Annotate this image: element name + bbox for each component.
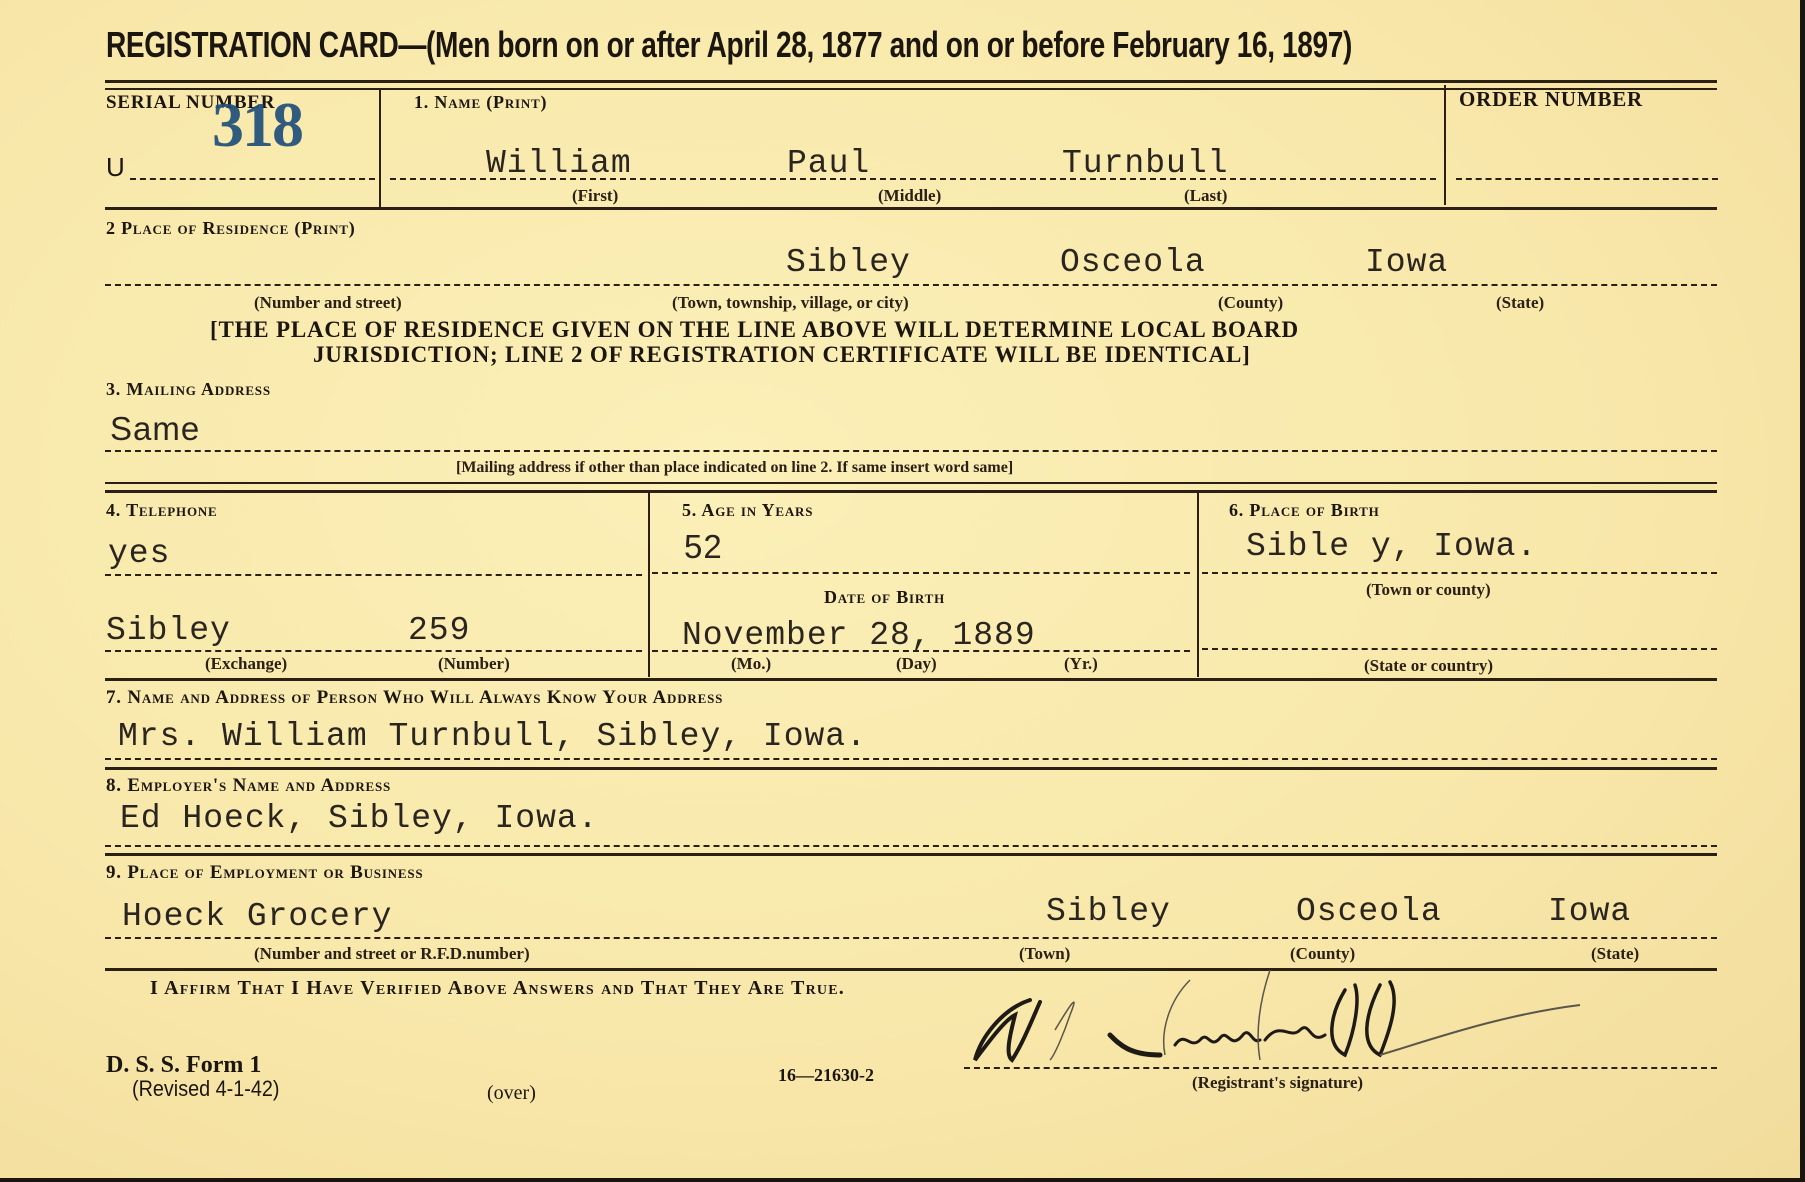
jurisdiction-notice-line1: [THE PLACE OF RESIDENCE GIVEN ON THE LIN… (210, 318, 1299, 342)
signature-icon[interactable] (960, 960, 1680, 1070)
age-field-line (652, 572, 1190, 574)
divider (379, 90, 381, 210)
divider (105, 490, 1717, 493)
residence-state-caption: (State) (1496, 293, 1544, 313)
date-of-birth-label: Date of Birth (824, 587, 945, 608)
form-revision: (Revised 4-1-42) (132, 1076, 279, 1102)
divider (1444, 85, 1446, 205)
mailing-address-value[interactable]: Same (110, 410, 200, 448)
serial-number-stamp: 318 (212, 88, 302, 162)
name-last-value[interactable]: Turnbull (1062, 145, 1228, 182)
divider (105, 207, 1717, 210)
employment-label: 9. Place of Employment or Business (106, 862, 423, 884)
telephone-field-line (105, 574, 642, 576)
telephone-value[interactable]: yes (108, 535, 170, 572)
serial-number-field[interactable] (130, 178, 375, 180)
telephone-label: 4. Telephone (106, 500, 218, 521)
residence-town-value[interactable]: Sibley (786, 244, 911, 281)
employment-town-value[interactable]: Sibley (1046, 893, 1171, 930)
order-number-label: ORDER NUMBER (1459, 87, 1643, 112)
order-number-field[interactable] (1456, 178, 1718, 180)
dob-day-caption: (Day) (896, 654, 937, 674)
signature-caption: (Registrant's signature) (1192, 1073, 1363, 1093)
telephone-number-value[interactable]: 259 (408, 612, 470, 649)
employment-field-line (105, 937, 1717, 939)
employment-county-value[interactable]: Osceola (1296, 893, 1442, 930)
dob-month-caption: (Mo.) (731, 654, 771, 674)
residence-state-value[interactable]: Iowa (1365, 244, 1448, 281)
residence-street-caption: (Number and street) (254, 293, 402, 313)
name-middle-caption: (Middle) (878, 186, 941, 206)
contact-person-value[interactable]: Mrs. William Turnbull, Sibley, Iowa. (118, 718, 867, 755)
dob-year-caption: (Yr.) (1064, 654, 1098, 674)
age-label: 5. Age in Years (682, 500, 813, 521)
affirmation-text: I Affirm That I Have Verified Above Answ… (150, 977, 845, 1000)
telephone-exchange-value[interactable]: Sibley (106, 612, 231, 649)
registration-card: REGISTRATION CARD—(Men born on or after … (0, 0, 1800, 1178)
residence-county-value[interactable]: Osceola (1060, 244, 1206, 281)
telephone-exchange-field-line (105, 650, 642, 652)
signature-field-line (964, 1067, 1717, 1069)
birthplace-town-caption: (Town or county) (1366, 580, 1491, 600)
divider (1197, 492, 1199, 677)
birthplace-town-value[interactable]: Sible y, Iowa. (1246, 528, 1537, 565)
serial-prefix: U (106, 152, 125, 183)
print-code: 16—21630-2 (778, 1065, 874, 1086)
date-of-birth-value[interactable]: November 28, 1889 (682, 617, 1036, 654)
birthplace-state-caption: (State or country) (1364, 656, 1493, 676)
name-last-caption: (Last) (1184, 186, 1227, 206)
date-of-birth-field-line (652, 650, 1190, 652)
residence-county-caption: (County) (1218, 293, 1283, 313)
contact-person-label: 7. Name and Address of Person Who Will A… (106, 687, 723, 709)
employment-state-value[interactable]: Iowa (1548, 893, 1631, 930)
birthplace-state-field-line[interactable] (1202, 648, 1717, 650)
name-first-caption: (First) (572, 186, 618, 206)
telephone-number-caption: (Number) (438, 654, 510, 674)
contact-person-field-line (105, 758, 1717, 760)
age-value[interactable]: 52 (684, 528, 723, 566)
card-title: REGISTRATION CARD—(Men born on or after … (106, 24, 1352, 66)
mailing-address-field-line (105, 450, 1717, 452)
name-field-line (390, 178, 1436, 180)
employer-label: 8. Employer's Name and Address (106, 775, 391, 797)
employer-value[interactable]: Ed Hoeck, Sibley, Iowa. (120, 800, 598, 837)
mailing-address-caption: [Mailing address if other than place ind… (456, 459, 1013, 477)
residence-label: 2 Place of Residence (Print) (106, 218, 356, 239)
divider (105, 853, 1717, 856)
residence-town-caption: (Town, township, village, or city) (672, 293, 909, 313)
employer-field-line (105, 845, 1717, 847)
name-label: 1. Name (Print) (414, 92, 547, 113)
mailing-address-label: 3. Mailing Address (106, 379, 271, 400)
divider (648, 492, 650, 677)
divider (105, 482, 1717, 484)
over-indicator: (over) (487, 1082, 536, 1105)
name-first-value[interactable]: William (486, 145, 632, 182)
telephone-exchange-caption: (Exchange) (205, 654, 287, 674)
name-middle-value[interactable]: Paul (787, 145, 870, 182)
form-number: D. S. S. Form 1 (106, 1052, 261, 1079)
divider (105, 678, 1717, 681)
birthplace-town-field-line (1202, 572, 1717, 574)
jurisdiction-notice-line2: JURISDICTION; LINE 2 OF REGISTRATION CER… (313, 343, 1251, 367)
birthplace-label: 6. Place of Birth (1229, 500, 1380, 521)
divider (105, 80, 1717, 83)
employment-street-caption: (Number and street or R.F.D.number) (254, 944, 530, 964)
divider (105, 767, 1717, 770)
employment-street-value[interactable]: Hoeck Grocery (122, 898, 392, 935)
residence-field-line (105, 284, 1717, 286)
